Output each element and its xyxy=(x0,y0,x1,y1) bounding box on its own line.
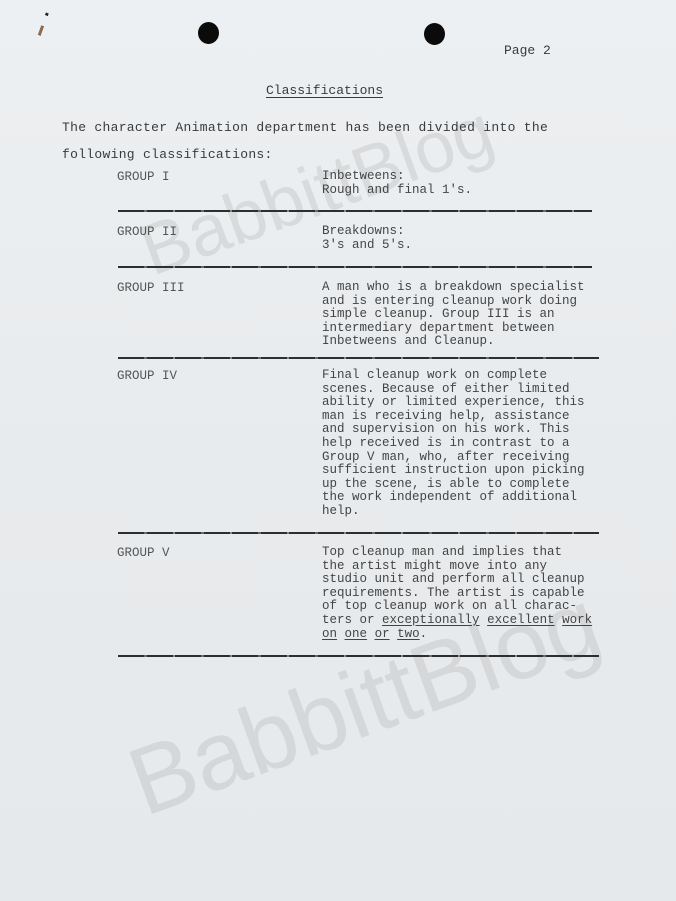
punch-hole-left xyxy=(198,22,219,44)
desc-line: on one or two. xyxy=(322,628,622,642)
desc-line: the artist might move into any xyxy=(322,560,622,574)
document-page: BabbittBlog BabbittBlog Page 2 Classific… xyxy=(0,0,676,901)
document-title: Classifications xyxy=(266,83,383,98)
underlined-word: excellent xyxy=(487,613,555,627)
page-number: Page 2 xyxy=(504,43,551,58)
underlined-word: one xyxy=(345,627,368,641)
underlined-word: on xyxy=(322,627,337,641)
underlined-word: two xyxy=(397,627,420,641)
underlined-word: exceptionally xyxy=(382,613,480,627)
desc-line: Top cleanup man and implies that xyxy=(322,546,622,560)
divider xyxy=(118,532,599,534)
group-description: A man who is a breakdown specialist and … xyxy=(322,281,622,349)
desc-line: requirements. The artist is capable xyxy=(322,587,622,601)
group-label: GROUP I xyxy=(117,170,170,184)
divider xyxy=(118,655,599,657)
group-description: Inbetweens: Rough and final 1's. xyxy=(322,170,622,197)
group-label: GROUP II xyxy=(117,225,177,239)
desc-line: ters or exceptionally excellent work xyxy=(322,614,622,628)
punch-hole-right xyxy=(424,23,445,45)
group-label: GROUP III xyxy=(117,281,185,295)
group-label: GROUP IV xyxy=(117,369,177,383)
divider xyxy=(118,266,592,268)
group-description: Top cleanup man and implies that the art… xyxy=(322,546,622,641)
underlined-word: or xyxy=(375,627,390,641)
intro-paragraph: The character Animation department has b… xyxy=(62,114,582,168)
underlined-word: work xyxy=(562,613,592,627)
group-description: Final cleanup work on complete scenes. B… xyxy=(322,369,622,519)
divider xyxy=(118,357,599,359)
divider xyxy=(118,210,592,212)
group-label: GROUP V xyxy=(117,546,170,560)
group-description: Breakdowns: 3's and 5's. xyxy=(322,225,622,252)
desc-line: of top cleanup work on all charac- xyxy=(322,600,622,614)
pencil-mark xyxy=(34,13,48,46)
desc-line: studio unit and perform all cleanup xyxy=(322,573,622,587)
